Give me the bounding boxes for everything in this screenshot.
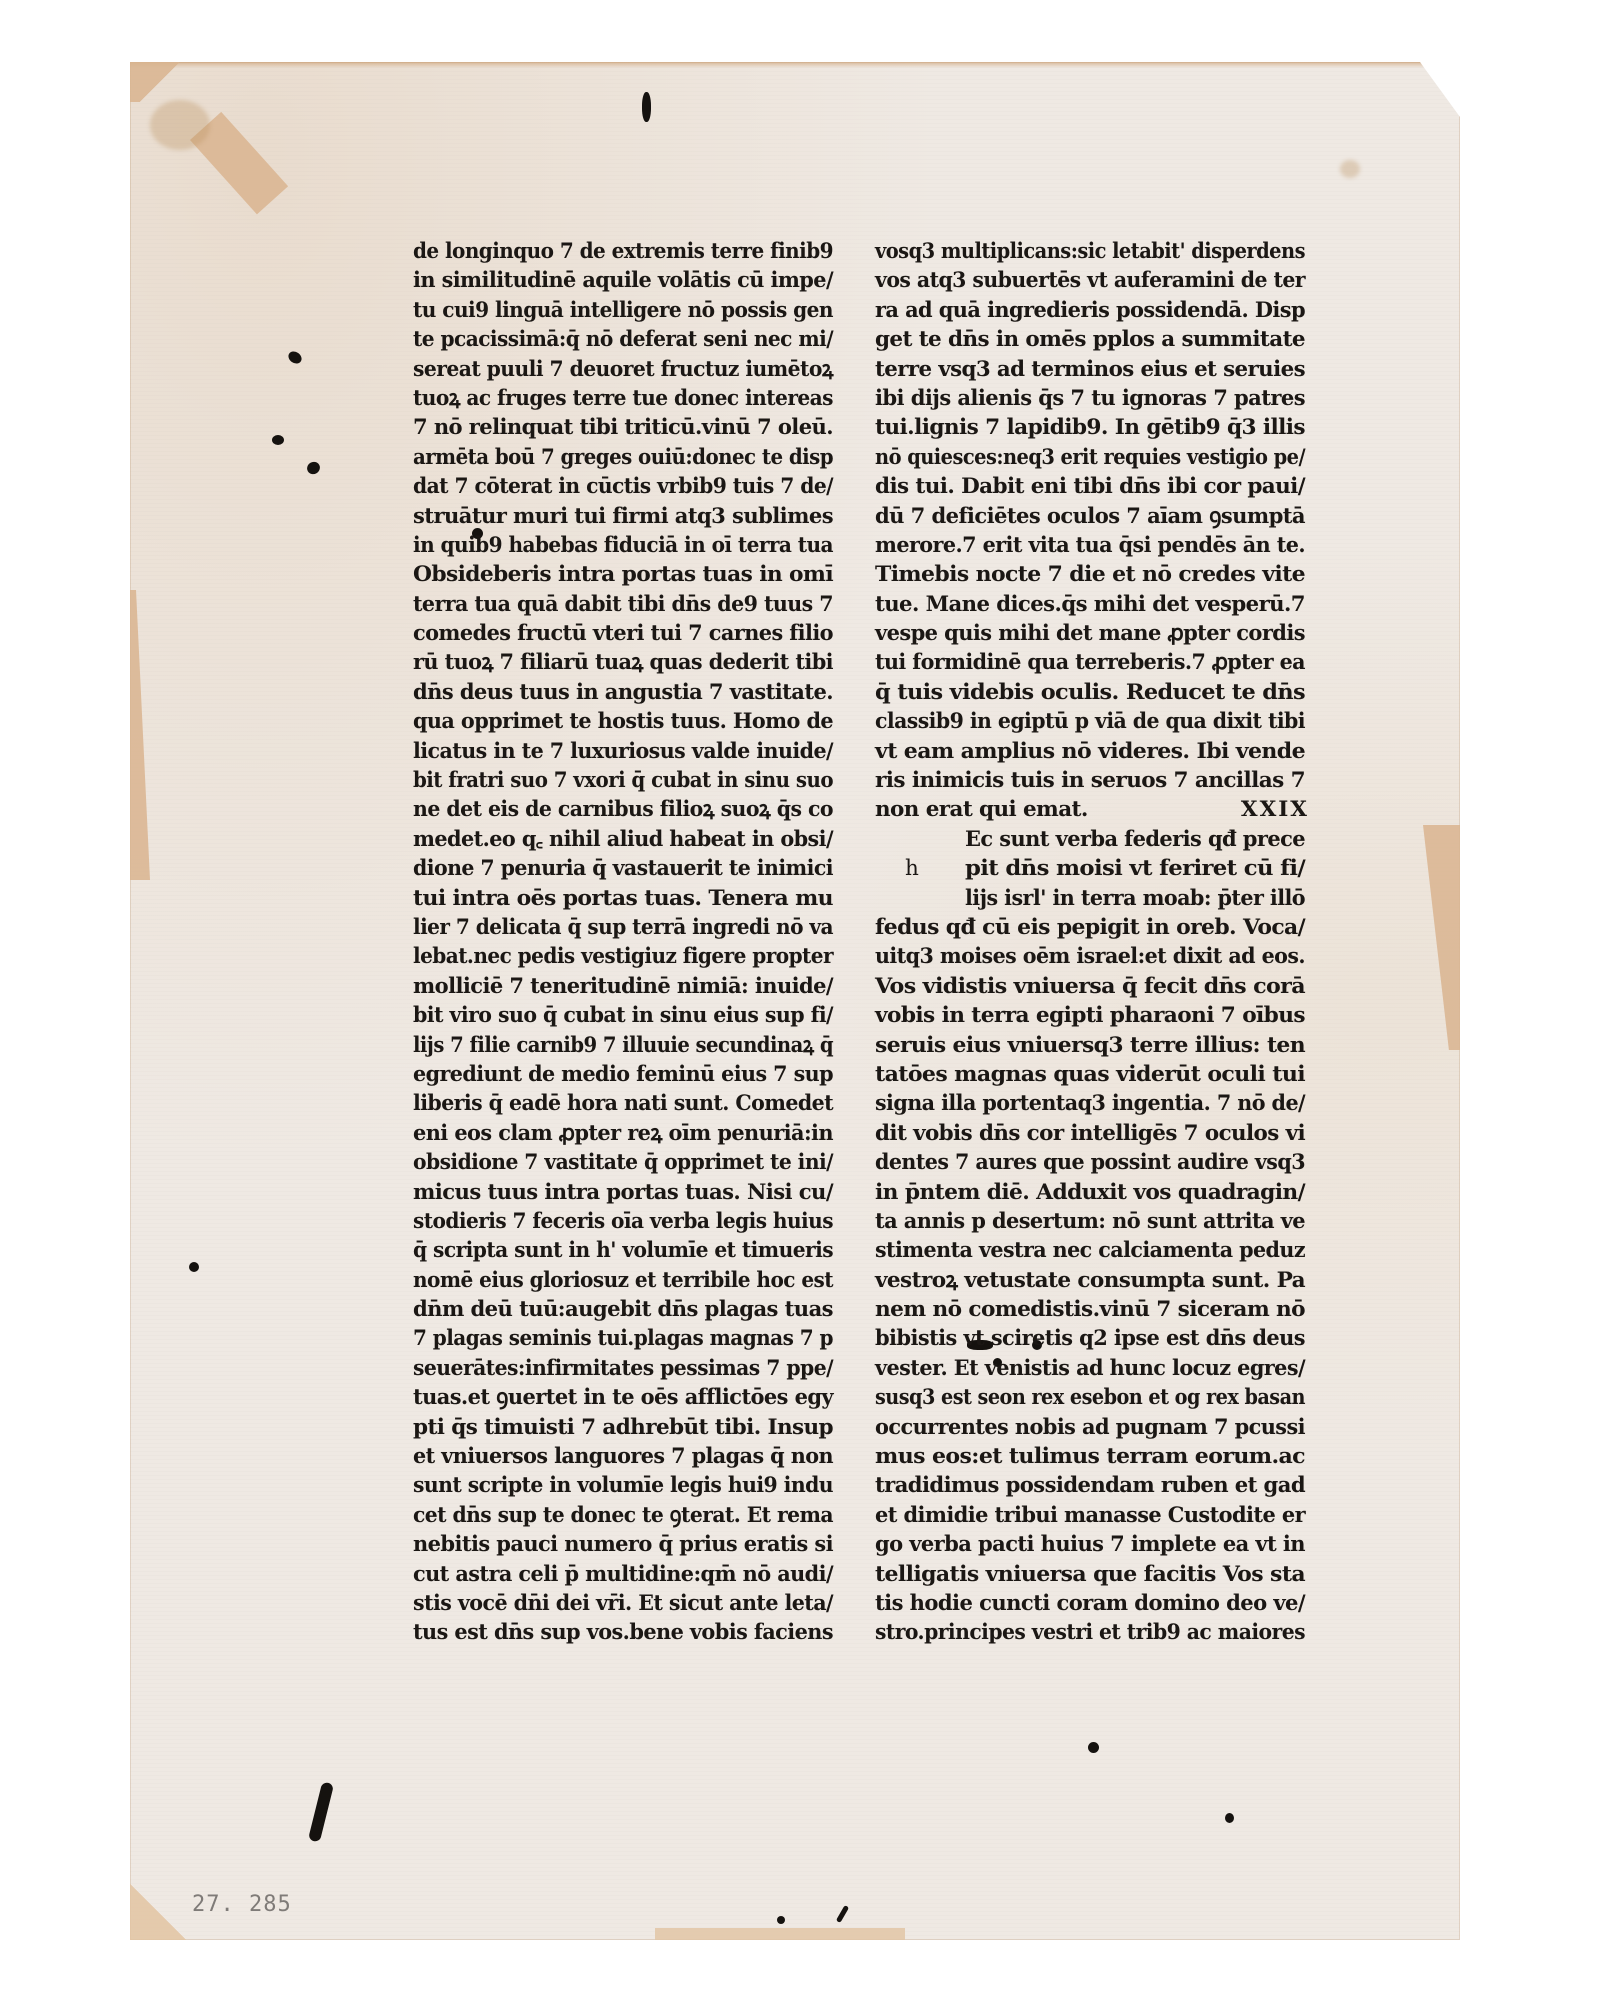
text-line: Timebis nocte 7 die et nō credes vite [875,560,1305,589]
text-line: te pcacissimā:q̄ nō deferat seni nec mi/ [413,325,833,354]
pencil-accession-number: 27. 285 [192,1892,292,1917]
text-line: classib9 in egiptū p viā de qua dixit ti… [875,707,1305,736]
text-line: et dimidie tribui manasse Custodite er [875,1501,1305,1530]
text-line: 7 nō relinquat tibi triticū.vinū 7 oleū. [413,413,833,442]
chapter-number: XXIX [1241,795,1309,824]
text-line: ta annis p desertum: nō sunt attrita ve [875,1207,1305,1236]
text-line: de longinquo 7 de extremis terre finib9 [413,237,833,266]
ink-blot [1225,1813,1234,1823]
text-line: bibistis vt sciretis q2 ipse est dn̄s de… [875,1324,1305,1353]
text-line: et vniuersos languores 7 plagas q̄ non [413,1442,833,1471]
text-line: ibi dijs alienis q̄s 7 tu ignoras 7 patr… [875,384,1305,413]
text-line: dū 7 deficiētes oculos 7 aīam ꝯsumptā [875,502,1305,531]
text-line: in p̄ntem diē. Adduxit vos quadragin/ [875,1178,1305,1207]
text-line: 7 plagas seminis tui.plagas magnas 7 p [413,1324,833,1353]
text-line: occurrentes nobis ad pugnam 7 pcussi [875,1413,1305,1442]
text-line: tradidimus possidendam ruben et gad [875,1471,1305,1500]
text-line: Ec sunt verba federis qđ prece [875,825,1305,854]
text-line: lier 7 delicata q̄ sup terrā ingredi nō … [413,913,833,942]
text-line: vespe quis mihi det mane ꝓpter cordis [875,619,1305,648]
text-line: sunt scripte in volumīe legis hui9 indu [413,1471,833,1500]
text-line: medet.eo q꜀ nihil aliud habeat in obsi/ [413,825,833,854]
chapter-opening: h Ec sunt verba federis qđ precepit dn̄s… [875,825,1305,913]
text-line: merore.7 erit vita tua q̄si pendēs ān te… [875,531,1305,560]
text-line: terra tua quā dabit tibi dn̄s de9 tuus 7 [413,590,833,619]
text-line: dione 7 penuria q̄ vastauerit te inimici [413,854,833,883]
text-line: seuerātes:infirmitates pessimas 7 ppe/ [413,1354,833,1383]
text-line: tuas.et ꝯuertet in te oēs afflictōes egy [413,1383,833,1412]
text-line: eni eos clam ꝓpter reꝝ oīm penuriā:in [413,1119,833,1148]
text-line: lijs 7 filie carnib9 7 illuuie secundina… [413,1031,833,1060]
text-line: bit viro suo q̄ cubat in sinu eius sup f… [413,1001,833,1030]
text-line: q̄ tuis videbis oculis. Reducet te dn̄s [875,678,1305,707]
text-line: vester. Et venistis ad hunc locuz egres/ [875,1354,1305,1383]
text-line: stro.principes vestri et trib9 ac maiore… [875,1618,1305,1647]
text-column-right: vosq3 multiplicans:sic letabit' disperde… [875,237,1305,1648]
ink-blot [1088,1742,1099,1753]
text-line: tui.lignis 7 lapidib9. In gētib9 q̄3 ill… [875,413,1305,442]
text-line: susq3 est seon rex esebon et og rex basa… [875,1383,1305,1412]
text-line: vobis in terra egipti pharaoni 7 oībus [875,1001,1305,1030]
text-line: pti q̄s timuisti 7 adhrebūt tibi. Insup [413,1413,833,1442]
text-line: tuoꝝ ac fruges terre tue donec intereas [413,384,833,413]
text-line: seruis eius vniuersq3 terre illius: ten [875,1031,1305,1060]
text-line: egrediunt de medio feminū eius 7 sup [413,1060,833,1089]
text-line: nem nō comedistis.vinū 7 siceram nō [875,1295,1305,1324]
ink-blot [777,1916,785,1924]
text-line: tue. Mane dices.q̄s mihi det vesperū.7 [875,590,1305,619]
text-line: ris inimicis tuis in seruos 7 ancillas 7 [875,766,1305,795]
text-line: tus est dn̄s sup vos.bene vobis faciens [413,1618,833,1647]
text-line: tui formidinē qua terreberis.7 ꝓpter ea [875,648,1305,677]
text-line: bit fratri suo 7 vxori q̄ cubat in sinu … [413,766,833,795]
text-line: tis hodie cuncti coram domino deo ve/ [875,1589,1305,1618]
text-line: cut astra celi p̄ multidine:qm̄ nō audi/ [413,1560,833,1589]
text-line: stimenta vestra nec calciamenta peduz [875,1236,1305,1265]
text-line: mus eos:et tulimus terram eorum.ac [875,1442,1305,1471]
text-line: struātur muri tui firmi atq3 sublimes [413,502,833,531]
ink-blot [189,1262,199,1272]
text-line: liberis q̄ eadē hora nati sunt. Comedet [413,1089,833,1118]
text-line: tu cui9 linguā intelligere nō possis gen [413,296,833,325]
foxing-stain [150,100,210,150]
text-line: micus tuus intra portas tuas. Nisi cu/ [413,1178,833,1207]
text-line: in quib9 habebas fiduciā in oī terra tua [413,531,833,560]
text-line: dis tui. Dabit eni tibi dn̄s ibi cor pau… [875,472,1305,501]
ink-blot [272,435,284,445]
text-line: vos atq3 subuertēs vt auferamini de ter [875,266,1305,295]
guide-letter: h [905,854,918,883]
text-line: nebitis pauci numero q̄ prius eratis si [413,1530,833,1559]
text-line: vosq3 multiplicans:sic letabit' disperde… [875,237,1305,266]
text-column-left: de longinquo 7 de extremis terre finib9i… [413,237,833,1648]
text-line: dat 7 cōterat in cūctis vrbib9 tuis 7 de… [413,472,833,501]
text-line: molliciē 7 teneritudinē nimiā: inuide/ [413,972,833,1001]
text-line: signa illa portentaq3 ingentia. 7 nō de/ [875,1089,1305,1118]
text-line: ra ad quā ingredieris possidendā. Disp [875,296,1305,325]
text-line: Obsideberis intra portas tuas in omī [413,560,833,589]
text-line: comedes fructū vteri tui 7 carnes filio [413,619,833,648]
text-line: rū tuoꝝ 7 filiarū tuaꝝ quas dederit tibi [413,648,833,677]
ink-blot [642,92,651,122]
text-line: tui intra oēs portas tuas. Tenera mu [413,884,833,913]
chapter-end-line: non erat qui emat. XXIX [875,795,1305,824]
text-line: uitq3 moises oēm israel:et dixit ad eos. [875,942,1305,971]
text-line: nomē eius gloriosuz et terribile hoc est [413,1266,833,1295]
text-line: nō quiesces:neq3 erit requies vestigio p… [875,443,1305,472]
foxing-stain [1340,160,1360,178]
text-line: armēta boū 7 greges ouiū:donec te disp [413,443,833,472]
text-line: go verba pacti huius 7 implete ea vt in [875,1530,1305,1559]
text-line: in similitudinē aquile volātis cū impe/ [413,266,833,295]
text-line: licatus in te 7 luxuriosus valde inuide/ [413,737,833,766]
text-line: lijs isrl' in terra moab: p̄ter illō [875,884,1305,913]
text-line: Vos vidistis vniuersa q̄ fecit dn̄s corā [875,972,1305,1001]
text-line: ne det eis de carnibus filioꝝ suoꝝ q̄s c… [413,795,833,824]
text-line: lebat.nec pedis vestigiuz figere propter [413,942,833,971]
tape-bottom-left-corner [130,1870,200,1940]
text-line: stis vocē dn̄i dei vr̄i. Et sicut ante l… [413,1589,833,1618]
text-line: cet dn̄s sup te donec te ꝯterat. Et rema [413,1501,833,1530]
text-line: get te dn̄s in omēs pplos a summitate [875,325,1305,354]
text-line: qua opprimet te hostis tuus. Homo de [413,707,833,736]
text-line: terre vsq3 ad terminos eius et seruies [875,355,1305,384]
text-line: q̄ scripta sunt in h' volumīe et timueri… [413,1236,833,1265]
text-line: tatōes magnas quas viderūt oculi tui [875,1060,1305,1089]
text-line: dn̄s deus tuus in angustia 7 vastitate. [413,678,833,707]
text-line: vt eam amplius nō videres. Ibi vende [875,737,1305,766]
tape-bottom-edge [655,1928,905,1940]
text-line: dn̄m deū tuū:augebit dn̄s plagas tuas [413,1295,833,1324]
text-line: obsidione 7 vastitate q̄ opprimet te ini… [413,1148,833,1177]
text-line: sereat puuli 7 deuoret fructuz iumētoꝝ [413,355,833,384]
text-line: dentes 7 aures que possint audire vsq3 [875,1148,1305,1177]
text-line: stodieris 7 feceris oīa verba legis huiu… [413,1207,833,1236]
text-line: telligatis vniuersa que facitis Vos sta [875,1560,1305,1589]
text-line: vestroꝝ vetustate consumpta sunt. Pa [875,1266,1305,1295]
text-line: dit vobis dn̄s cor intelligēs 7 oculos v… [875,1119,1305,1148]
text-line: fedus qđ cū eis pepigit in oreb. Voca/ [875,913,1305,942]
tape-top-left-corner [130,62,190,102]
text-line: pit dn̄s moisi vt feriret cū fi/ [875,854,1305,883]
chapter-end-text: non erat qui emat. [875,797,1088,822]
